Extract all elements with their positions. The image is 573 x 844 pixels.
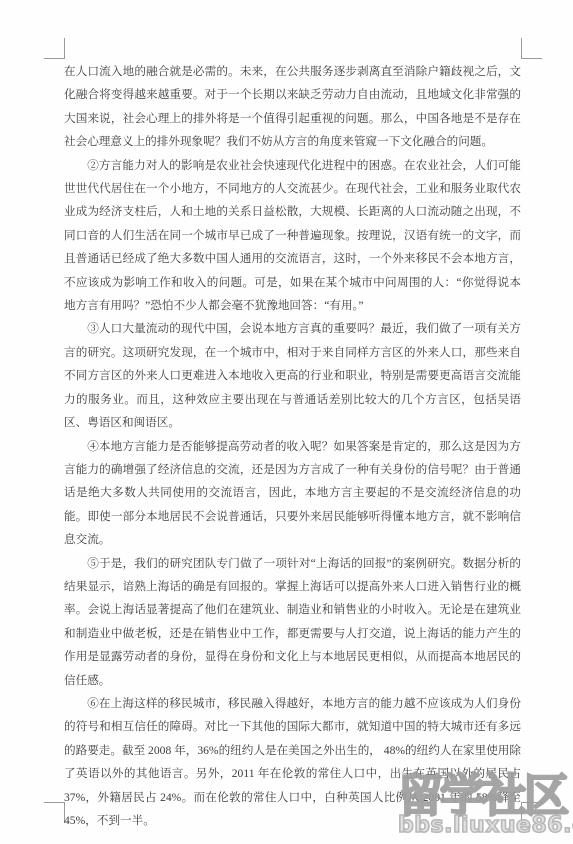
paragraph-2: ②方言能力对人的影响是农业社会快速现代化进程中的困惑。在农业社会，人们可能世世代… (64, 154, 521, 318)
paragraph-6: ⑥在上海这样的移民城市，移民融入得越好，本地方言的能力越不应该成为人们身份的符号… (64, 692, 521, 832)
crop-mark-top-left (44, 38, 65, 59)
paragraph-1-continuation: 在人口流入地的融合就是必需的。未来，在公共服务逐步剥离直至消除户籍歧视之后，文化… (64, 60, 521, 154)
paragraph-4: ④本地方言能力是否能够提高劳动者的收入呢？如果答案是肯定的，那么这是因为方言能力… (64, 435, 521, 552)
paragraph-5: ⑤于是，我们的研究团队专门做了一项针对“上海话的回报”的案例研究。数据分析的结果… (64, 552, 521, 692)
passage-text: 在人口流入地的融合就是必需的。未来，在公共服务逐步剥离直至消除户籍歧视之后，文化… (64, 60, 521, 832)
crop-mark-bottom-right (521, 802, 542, 823)
crop-mark-bottom-left (44, 802, 65, 823)
paragraph-3: ③人口大量流动的现代中国，会说本地方言真的重要吗？最近，我们做了一项有关方言的研… (64, 317, 521, 434)
crop-mark-top-right (521, 38, 542, 59)
scanned-document-page: 在人口流入地的融合就是必需的。未来，在公共服务逐步剥离直至消除户籍歧视之后，文化… (0, 0, 573, 844)
